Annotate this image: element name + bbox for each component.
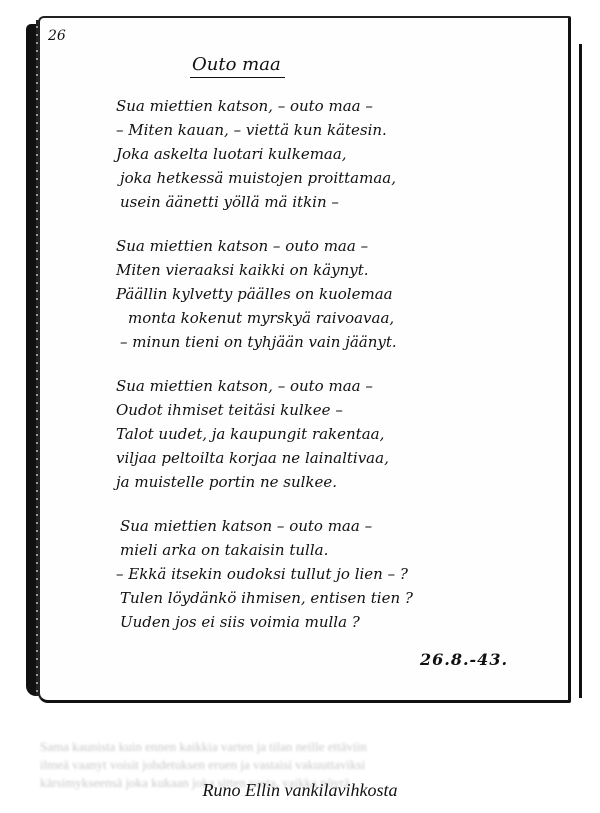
poem-line: Oudot ihmiset teitäsi kulkee – bbox=[116, 398, 556, 422]
poem-line: Tulen löydänkö ihmisen, entisen tien ? bbox=[116, 586, 556, 610]
page-number: 26 bbox=[48, 28, 66, 44]
poem-line: joka hetkessä muistojen proittamaa, bbox=[116, 166, 556, 190]
poem-line: Sua miettien katson – outo maa – bbox=[116, 514, 556, 538]
poem-line: usein äänetti yöllä mä itkin – bbox=[116, 190, 556, 214]
poem-line: – Miten kauan, – viettä kun kätesin. bbox=[116, 118, 556, 142]
poem-line: Sua miettien katson – outo maa – bbox=[116, 234, 556, 258]
stanza: Sua miettien katson, – outo maa – – Mite… bbox=[116, 94, 556, 214]
poem-line: Päällin kylvetty päälles on kuolemaa bbox=[116, 282, 556, 306]
poem-line: Joka askelta luotari kulkemaa, bbox=[116, 142, 556, 166]
poem-line: Talot uudet, ja kaupungit rakentaa, bbox=[116, 422, 556, 446]
poem-line: Sua miettien katson, – outo maa – bbox=[116, 94, 556, 118]
poem-date: 26.8.-43. bbox=[420, 650, 508, 669]
poem-line: viljaa peltoilta korjaa ne lainaltivaa, bbox=[116, 446, 556, 470]
handwritten-page: 26 Outo maa Sua miettien katson, – outo … bbox=[38, 16, 571, 703]
poem-title: Outo maa bbox=[190, 54, 285, 78]
show-through-line: Sama kaunista kuin ennen kaikkia varten … bbox=[40, 738, 600, 756]
notebook-page-scan: 26 Outo maa Sua miettien katson, – outo … bbox=[26, 16, 584, 716]
poem-line: Uuden jos ei siis voimia mulla ? bbox=[116, 610, 556, 634]
poem-line: monta kokenut myrskyä raivoavaa, bbox=[116, 306, 556, 330]
stanza: Sua miettien katson – outo maa – mieli a… bbox=[116, 514, 556, 634]
poem-line: – Ekkä itsekin oudoksi tullut jo lien – … bbox=[116, 562, 556, 586]
poem-line: Sua miettien katson, – outo maa – bbox=[116, 374, 556, 398]
show-through-line: ilmeä vaanyt voisit johdetuksen eruen ja… bbox=[40, 756, 600, 774]
stanza: Sua miettien katson – outo maa – Miten v… bbox=[116, 234, 556, 354]
poem-line: ja muistelle portin ne sulkee. bbox=[116, 470, 556, 494]
poem-line: – minun tieni on tyhjään vain jäänyt. bbox=[116, 330, 556, 354]
page-edge bbox=[579, 44, 582, 698]
stanza: Sua miettien katson, – outo maa – Oudot … bbox=[116, 374, 556, 494]
poem-line: Miten vieraaksi kaikki on käynyt. bbox=[116, 258, 556, 282]
poem-line: mieli arka on takaisin tulla. bbox=[116, 538, 556, 562]
figure-caption: Runo Ellin vankilavihkosta bbox=[0, 780, 600, 801]
poem-body: Sua miettien katson, – outo maa – – Mite… bbox=[116, 94, 556, 654]
notebook-spine bbox=[26, 24, 36, 696]
